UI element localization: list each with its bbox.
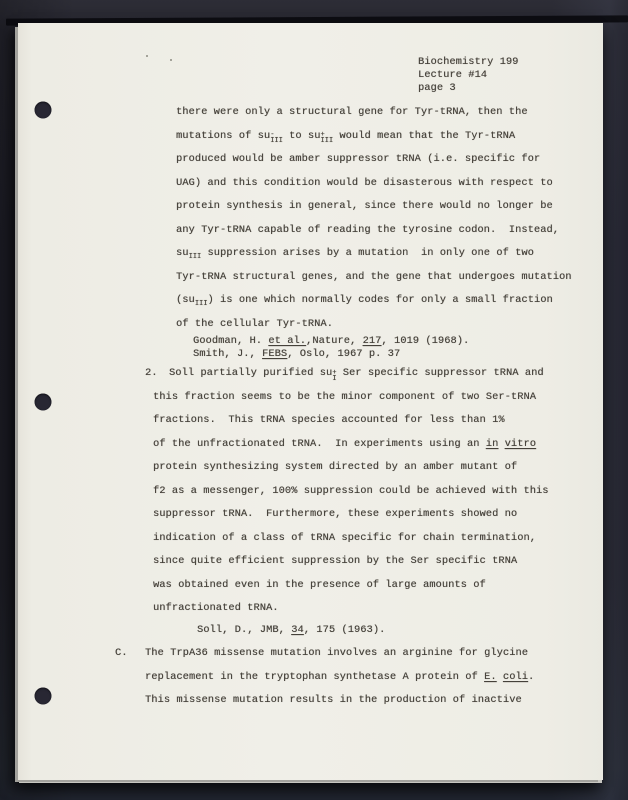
typed-line: suppressor tRNA. Furthermore, these expe… (153, 508, 517, 521)
photo-background: Biochemistry 199Lecture #14page 3there w… (0, 0, 628, 800)
underlined-text: 34 (291, 624, 304, 636)
typed-line: fractions. This tRNA species accounted f… (153, 414, 505, 427)
typed-line: of the cellular Tyr-tRNA. (176, 318, 333, 331)
typed-line: page 3 (418, 82, 456, 95)
typed-line: unfractionated tRNA. (153, 602, 279, 615)
typed-line: since quite efficient suppression by the… (153, 555, 517, 568)
underlined-text: coli (503, 671, 528, 683)
hole-punch (35, 394, 52, 411)
typed-line: Soll partially purified su+I Ser specifi… (169, 367, 544, 382)
typed-line: UAG) and this condition would be disaste… (176, 177, 553, 190)
typed-line: was obtained even in the presence of lar… (153, 579, 486, 592)
underlined-text: FEBS (262, 348, 287, 360)
paper-speck (170, 59, 172, 61)
typed-line: Lecture #14 (418, 69, 487, 82)
typed-line: of the unfractionated tRNA. In experimen… (153, 438, 536, 451)
typed-line: suIII suppression arises by a mutation i… (176, 247, 534, 264)
subscript-text: III (189, 253, 202, 261)
sup-sub-stack: +I (332, 370, 336, 382)
typed-line: protein synthesis in general, since ther… (176, 200, 553, 213)
underlined-text: in (486, 438, 499, 450)
typed-line: Smith, J., FEBS, Oslo, 1967 p. 37 (193, 348, 400, 361)
typed-line: Goodman, H. et al.,Nature, 217, 1019 (19… (193, 335, 469, 348)
typed-line: indication of a class of tRNA specific f… (153, 532, 536, 545)
underlined-text: 217 (363, 335, 382, 347)
line-marker: C. (115, 647, 128, 660)
typed-line: (suIII) is one which normally codes for … (176, 294, 553, 311)
line-marker: 2. (145, 367, 158, 380)
typed-line: Biochemistry 199 (418, 56, 518, 69)
typed-line: this fraction seems to be the minor comp… (153, 391, 536, 404)
typed-line: The TrpA36 missense mutation involves an… (145, 647, 528, 660)
typed-line: replacement in the tryptophan synthetase… (145, 671, 534, 684)
paper-speck (146, 55, 148, 57)
typed-line: protein synthesizing system directed by … (153, 461, 517, 474)
typed-line: f2 as a messenger, 100% suppression coul… (153, 485, 549, 498)
typed-line: Tyr-tRNA structural genes, and the gene … (176, 271, 572, 284)
subscript-text: III (195, 300, 208, 308)
underlined-text: vitro (505, 438, 536, 450)
sup-sub-stack: +III (320, 132, 333, 144)
hole-punch (35, 688, 52, 705)
paper-page: Biochemistry 199Lecture #14page 3there w… (18, 23, 603, 780)
underlined-text: et al. (268, 335, 306, 347)
typed-line: mutations of su-III to su+III would mean… (176, 130, 515, 145)
underlined-text: E. (484, 671, 497, 683)
typed-line: This missense mutation results in the pr… (145, 694, 522, 707)
typed-line: produced would be amber suppressor tRNA … (176, 153, 540, 166)
typed-line: any Tyr-tRNA capable of reading the tyro… (176, 224, 559, 237)
sup-sub-stack: -III (270, 132, 283, 144)
hole-punch (35, 102, 52, 119)
typed-line: there were only a structural gene for Ty… (176, 106, 528, 119)
typed-line: Soll, D., JMB, 34, 175 (1963). (197, 624, 385, 637)
